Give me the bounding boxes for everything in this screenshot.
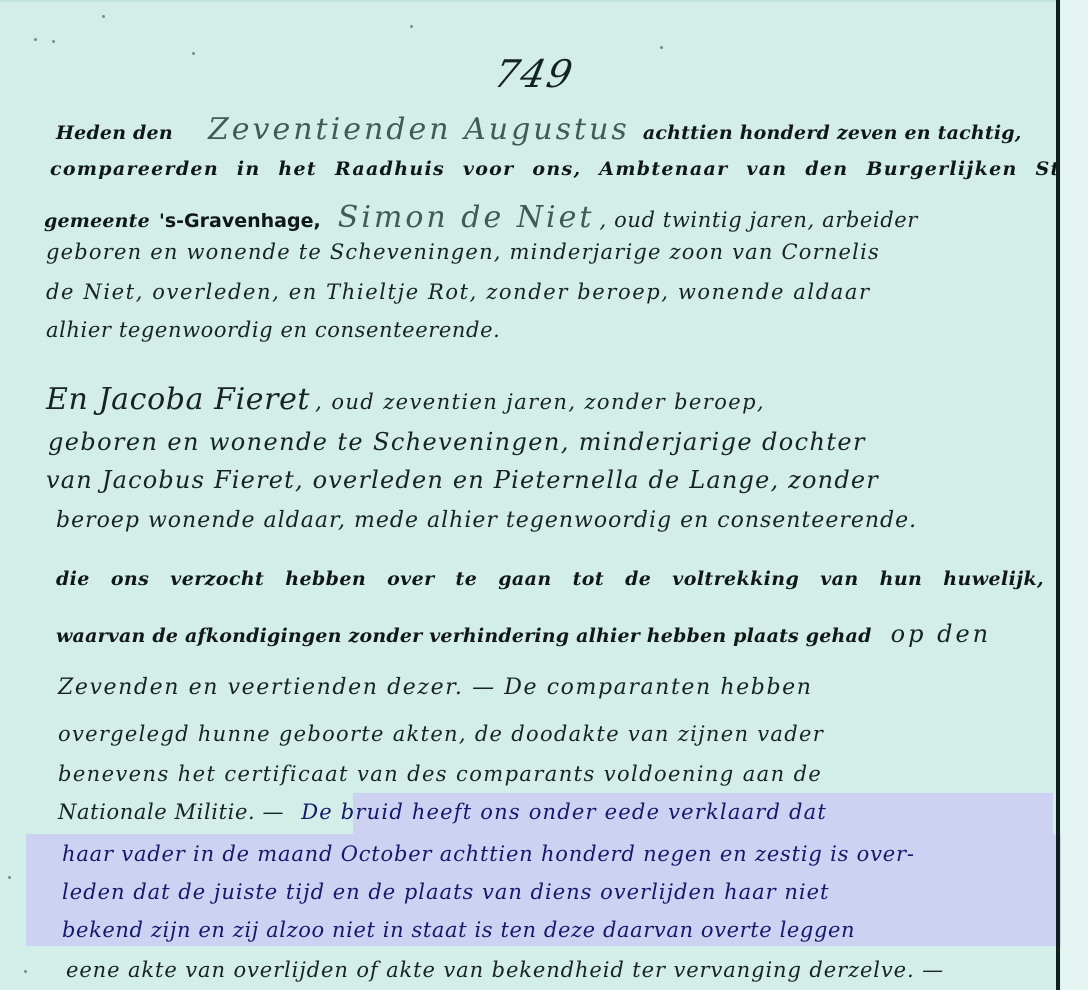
handwritten-bride-name: En Jacoba Fieret — [46, 382, 310, 417]
handwritten-text: benevens het certificaat van des compara… — [58, 762, 822, 786]
record-line-4: geboren en wonende te Scheveningen, mind… — [46, 240, 880, 264]
printed-municipality: 's-Gravenhage, — [159, 210, 321, 232]
highlighted-text: leden dat de juiste tijd en de plaats va… — [62, 880, 829, 904]
handwritten-text: de Niet, overleden, en Thieltje Rot, zon… — [46, 280, 871, 304]
handwritten-text: , oud zeventien jaren, zonder beroep, — [315, 390, 765, 414]
handwritten-text: , oud twintig jaren, arbeider — [600, 208, 918, 232]
record-line-20: eene akte van overlijden of akte van bek… — [66, 958, 944, 982]
record-line-11: die ons verzocht hebben over te gaan tot… — [56, 568, 1044, 590]
handwritten-text: beroep wonende aldaar, mede alhier tegen… — [56, 508, 917, 533]
printed-text: gemeente — [44, 210, 150, 232]
page-top-edge — [0, 0, 1058, 2]
record-line-18: leden dat de juiste tijd en de plaats va… — [62, 880, 829, 904]
printed-text: die ons verzocht hebben over te gaan tot… — [56, 568, 1044, 590]
printed-text: compareerden in het Raadhuis voor ons, A… — [50, 158, 1088, 180]
record-line-15: benevens het certificaat van des compara… — [58, 762, 822, 786]
paper-speck — [52, 40, 55, 43]
record-line-19: bekend zijn en zij alzoo niet in staat i… — [62, 918, 855, 942]
paper-speck — [102, 15, 105, 18]
record-line-1: Heden den Zeventienden Augustus achttien… — [56, 112, 1022, 147]
record-line-3: gemeente 's-Gravenhage, Simon de Niet , … — [44, 200, 918, 235]
margin-rule — [1056, 0, 1060, 990]
record-line-14: overgelegd hunne geboorte akten, de dood… — [58, 722, 824, 746]
handwritten-text: van Jacobus Fieret, overleden en Pietern… — [46, 466, 879, 494]
record-line-10: beroep wonende aldaar, mede alhier tegen… — [56, 508, 917, 533]
handwritten-text: overgelegd hunne geboorte akten, de dood… — [58, 722, 824, 746]
printed-text: waarvan de afkondigingen zonder verhinde… — [56, 625, 872, 647]
highlighted-text: bekend zijn en zij alzoo niet in staat i… — [62, 918, 855, 942]
paper-speck — [34, 38, 37, 41]
paper-speck — [410, 25, 413, 28]
printed-text: achttien honderd zeven en tachtig, — [643, 122, 1022, 144]
record-line-9: van Jacobus Fieret, overleden en Pietern… — [46, 466, 879, 494]
record-line-16: Nationale Militie. — De bruid heeft ons … — [58, 800, 827, 824]
handwritten-text: geboren en wonende te Scheveningen, mind… — [48, 428, 866, 456]
handwritten-text: geboren en wonende te Scheveningen, mind… — [46, 240, 880, 264]
handwritten-text: Nationale Militie. — — [58, 800, 284, 824]
paper-speck — [660, 46, 663, 49]
record-line-6: alhier tegenwoordig en consenteerende. — [46, 318, 500, 342]
paper-speck — [192, 52, 195, 55]
record-line-7: En Jacoba Fieret , oud zeventien jaren, … — [46, 382, 765, 417]
record-line-13: Zevenden en veertienden dezer. — De comp… — [58, 675, 813, 700]
record-line-12: waarvan de afkondigingen zonder verhinde… — [56, 620, 991, 648]
page-right-edge — [1061, 0, 1088, 990]
handwritten-groom-name: Simon de Niet — [338, 200, 595, 235]
record-line-8: geboren en wonende te Scheveningen, mind… — [48, 428, 866, 456]
handwritten-date: Zeventienden Augustus — [208, 112, 630, 147]
record-line-2: compareerden in het Raadhuis voor ons, A… — [50, 158, 1088, 180]
register-page: 749 Heden den Zeventienden Augustus acht… — [0, 0, 1058, 990]
paper-speck — [24, 970, 27, 973]
record-line-17: haar vader in de maand October achttien … — [62, 842, 915, 866]
paper-speck — [8, 876, 11, 879]
highlighted-text: haar vader in de maand October achttien … — [62, 842, 915, 866]
printed-text: Heden den — [56, 122, 173, 144]
handwritten-text: op den — [891, 620, 991, 648]
handwritten-text: Zevenden en veertienden dezer. — De comp… — [58, 675, 813, 700]
highlighted-text: De bruid heeft ons onder eede verklaard … — [301, 800, 827, 824]
page-number: 749 — [490, 52, 578, 96]
handwritten-text: eene akte van overlijden of akte van bek… — [66, 958, 944, 982]
handwritten-text: alhier tegenwoordig en consenteerende. — [46, 318, 500, 342]
record-line-5: de Niet, overleden, en Thieltje Rot, zon… — [46, 280, 871, 304]
